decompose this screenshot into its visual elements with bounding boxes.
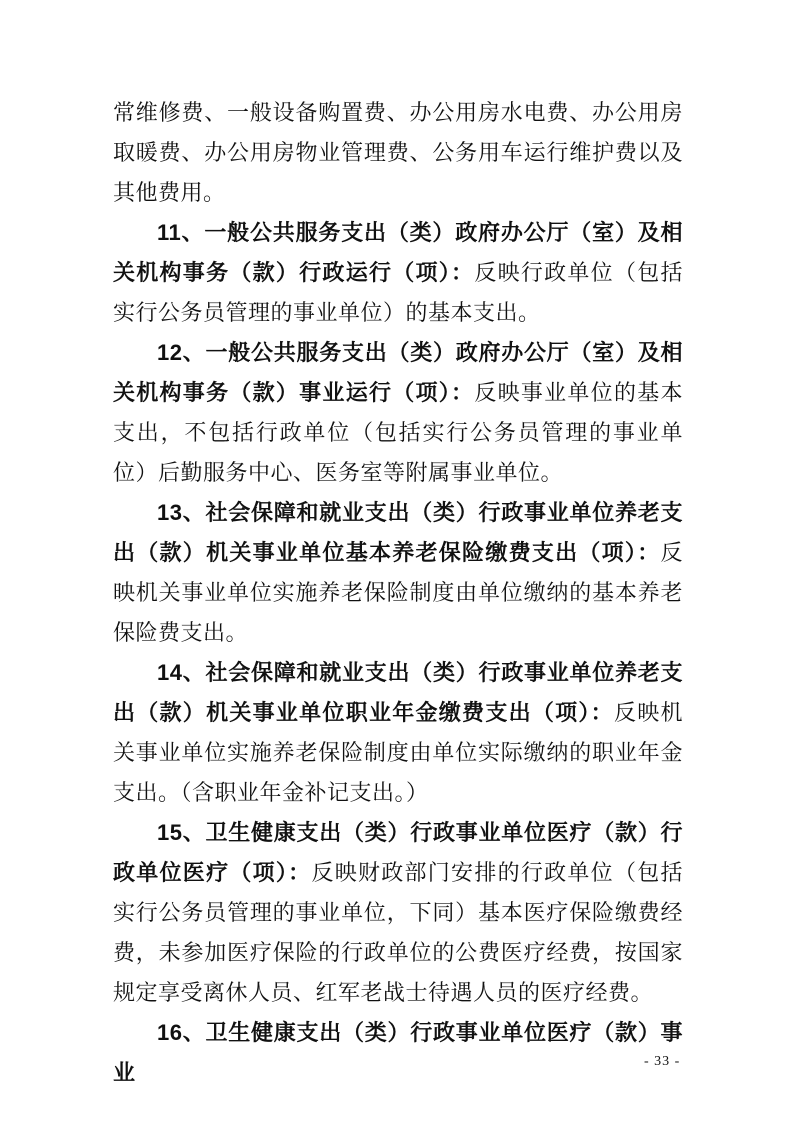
item-13-heading: 13、社会保障和就业支出（类）行政事业单位养老支出（款）机关事业单位基本养老保险… — [113, 500, 683, 565]
item-14-heading: 14、社会保障和就业支出（类）行政事业单位养老支出（款）机关事业单位职业年金缴费… — [113, 660, 683, 725]
page-number: - 33 - — [644, 1054, 680, 1070]
document-body: 常维修费、一般设备购置费、办公用房水电费、办公用房取暖费、办公用房物业管理费、公… — [113, 93, 683, 1093]
paragraph-continuation: 常维修费、一般设备购置费、办公用房水电费、办公用房取暖费、办公用房物业管理费、公… — [113, 93, 683, 213]
document-page: 常维修费、一般设备购置费、办公用房水电费、办公用房取暖费、办公用房物业管理费、公… — [0, 0, 793, 1122]
item-16: 16、卫生健康支出（类）行政事业单位医疗（款）事业 — [113, 1013, 683, 1093]
paragraph-text: 常维修费、一般设备购置费、办公用房水电费、办公用房取暖费、办公用房物业管理费、公… — [113, 100, 683, 205]
item-15: 15、卫生健康支出（类）行政事业单位医疗（款）行政单位医疗（项）：反映财政部门安… — [113, 813, 683, 1013]
item-16-heading: 16、卫生健康支出（类）行政事业单位医疗（款）事业 — [113, 1020, 683, 1085]
item-13: 13、社会保障和就业支出（类）行政事业单位养老支出（款）机关事业单位基本养老保险… — [113, 493, 683, 653]
item-12: 12、一般公共服务支出（类）政府办公厅（室）及相关机构事务（款）事业运行（项）：… — [113, 333, 683, 493]
item-11: 11、一般公共服务支出（类）政府办公厅（室）及相关机构事务（款）行政运行（项）：… — [113, 213, 683, 333]
item-14: 14、社会保障和就业支出（类）行政事业单位养老支出（款）机关事业单位职业年金缴费… — [113, 653, 683, 813]
